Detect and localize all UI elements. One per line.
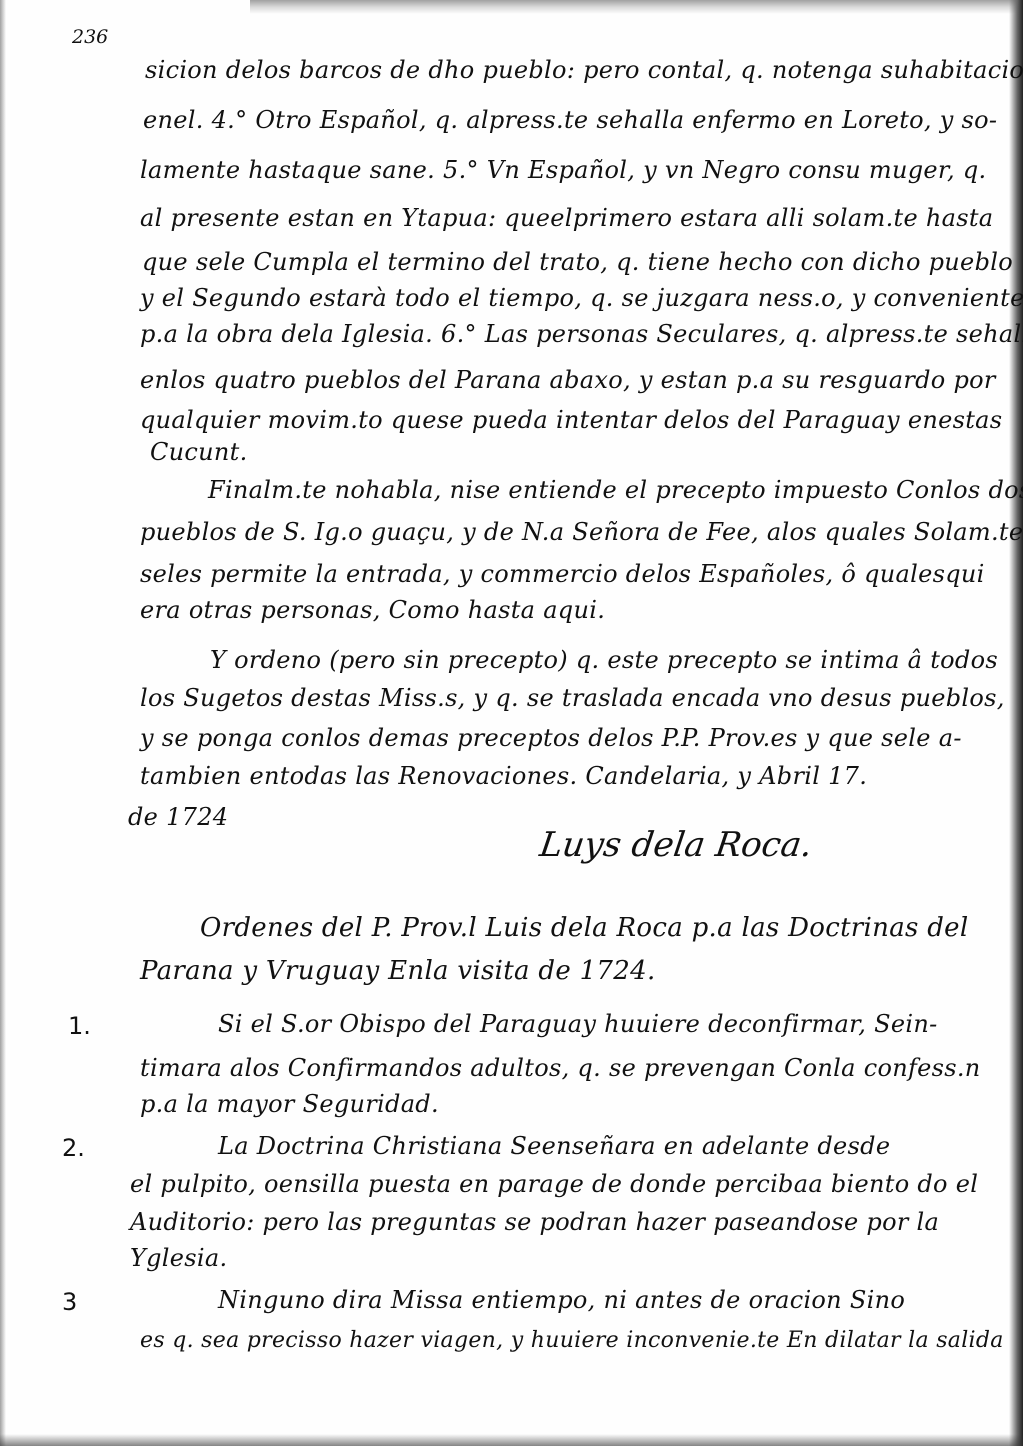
text-line: y el Segundo estarà todo el tiempo, q. s… — [140, 286, 1023, 310]
text-line: enel. 4.° Otro Español, q. alpress.te se… — [143, 108, 997, 132]
heading-line: Parana y Vruguay Enla visita de 1724. — [140, 958, 656, 984]
text-line: los Sugetos destas Miss.s, y q. se trasl… — [140, 686, 1005, 710]
order-line: Yglesia. — [130, 1246, 227, 1270]
order-line: es q. sea precisso hazer viagen, y huuie… — [140, 1330, 1004, 1352]
order-line: Ninguno dira Missa entiempo, ni antes de… — [218, 1288, 905, 1312]
text-line: era otras personas, Como hasta aqui. — [140, 598, 605, 622]
heading-line: Ordenes del P. Prov.l Luis dela Roca p.a… — [200, 915, 968, 941]
text-line: Cucunt. — [150, 440, 248, 464]
order-line: La Doctrina Christiana Seenseñara en ade… — [218, 1134, 890, 1158]
order-number: 1. — [68, 1012, 91, 1040]
page-number: 236 — [72, 26, 108, 48]
text-line: sicion delos barcos de dho pueblo: pero … — [145, 58, 1023, 82]
text-line: al presente estan en Ytapua: queelprimer… — [140, 206, 993, 230]
scan-shadow-top — [250, 0, 1023, 14]
order-line: Si el S.or Obispo del Paraguay huuiere d… — [218, 1012, 938, 1036]
order-line: Auditorio: pero las preguntas se podran … — [130, 1210, 939, 1234]
text-line: pueblos de S. Ig.o guaçu, y de N.a Señor… — [140, 520, 1023, 544]
text-line: qualquier movim.to quese pueda intentar … — [140, 408, 1002, 432]
text-line: seles permite la entrada, y commercio de… — [140, 562, 985, 586]
text-line: lamente hastaque sane. 5.° Vn Español, y… — [140, 158, 986, 182]
signature: Luys dela Roca. — [537, 825, 815, 865]
text-line: Y ordeno (pero sin precepto) q. este pre… — [210, 648, 998, 672]
text-line: y se ponga conlos demas preceptos delos … — [140, 726, 962, 750]
date-line: de 1724 — [128, 805, 228, 829]
scan-edge-right — [1009, 0, 1023, 1446]
scan-edge-left — [0, 0, 6, 1446]
order-line: p.a la mayor Seguridad. — [140, 1092, 439, 1116]
text-line: que sele Cumpla el termino del trato, q.… — [142, 250, 1013, 274]
order-line: timara alos Confirmandos adultos, q. se … — [140, 1056, 981, 1080]
manuscript-page: 236 sicion delos barcos de dho pueblo: p… — [0, 0, 1023, 1446]
text-line: p.a la obra dela Iglesia. 6.° Las person… — [140, 322, 1023, 346]
text-line: tambien entodas las Renovaciones. Candel… — [140, 764, 867, 788]
text-line: enlos quatro pueblos del Parana abaxo, y… — [140, 368, 996, 392]
scan-edge-bottom — [0, 1434, 1023, 1446]
order-number: 2. — [62, 1134, 85, 1162]
order-number: 3 — [62, 1288, 77, 1316]
text-line: Finalm.te nohabla, nise entiende el prec… — [208, 478, 1023, 502]
order-line: el pulpito, oensilla puesta en parage de… — [130, 1172, 978, 1196]
